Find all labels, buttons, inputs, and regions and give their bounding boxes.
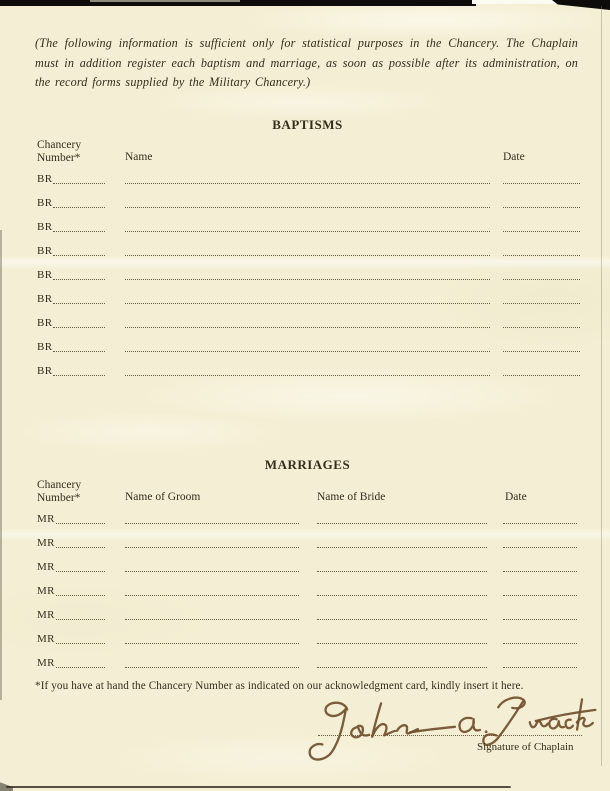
baptisms-col-name: Name [125, 151, 152, 164]
marriage-row-prefix: MR [37, 634, 55, 645]
chancery-number-blank-line [56, 667, 105, 668]
chancery-number-blank-line [53, 327, 105, 328]
marriages-col-chancery-number: Chancery Number* [37, 479, 81, 504]
chancery-number-blank-line [53, 303, 105, 304]
bride-name-blank-line [317, 619, 487, 620]
baptism-chancery-number-field: BR [37, 174, 105, 185]
chancery-number-blank-line [56, 643, 105, 644]
marriage-row-prefix: MR [37, 610, 55, 621]
bride-name-blank-line [317, 643, 487, 644]
baptism-chancery-number-field: BR [37, 318, 105, 329]
chancery-number-blank-line [56, 547, 105, 548]
baptism-date-blank-line [503, 327, 580, 328]
baptism-row-prefix: BR [37, 222, 52, 233]
scan-top-white-gap [472, 0, 556, 4]
groom-name-blank-line [125, 571, 299, 572]
chancery-number-blank-line [53, 207, 105, 208]
baptism-name-blank-line [125, 183, 490, 184]
marriage-row: MR [0, 551, 610, 575]
chancery-number-blank-line [53, 279, 105, 280]
baptism-chancery-number-field: BR [37, 342, 105, 353]
baptisms-title: BAPTISMS [35, 117, 580, 133]
marriage-row: MR [0, 503, 610, 527]
baptism-row: BR [0, 235, 610, 259]
marriage-date-blank-line [503, 571, 577, 572]
baptism-row: BR [0, 283, 610, 307]
baptisms-rows: BR BR BR BR [0, 163, 610, 379]
baptism-row: BR [0, 211, 610, 235]
chancery-number-blank-line [53, 231, 105, 232]
marriages-title: MARRIAGES [35, 457, 580, 473]
groom-name-blank-line [125, 667, 299, 668]
marriage-date-blank-line [503, 643, 577, 644]
marriage-row-prefix: MR [37, 562, 55, 573]
baptism-row: BR [0, 187, 610, 211]
baptism-date-blank-line [503, 351, 580, 352]
marriages-col-date: Date [505, 491, 527, 504]
marriage-row: MR [0, 599, 610, 623]
baptism-name-blank-line [125, 303, 490, 304]
bride-name-blank-line [317, 595, 487, 596]
marriage-chancery-number-field: MR [37, 586, 105, 597]
baptism-row-prefix: BR [37, 366, 52, 377]
baptisms-col-date: Date [503, 151, 525, 164]
marriage-date-blank-line [503, 667, 577, 668]
baptism-name-blank-line [125, 375, 490, 376]
marriage-date-blank-line [503, 595, 577, 596]
marriage-chancery-number-field: MR [37, 658, 105, 669]
marriage-row-prefix: MR [37, 586, 55, 597]
scanned-chaplain-record-form: (The following information is sufficient… [0, 0, 610, 791]
marriage-chancery-number-field: MR [37, 562, 105, 573]
marriage-chancery-number-field: MR [37, 634, 105, 645]
bride-name-blank-line [317, 547, 487, 548]
baptism-chancery-number-field: BR [37, 294, 105, 305]
baptism-date-blank-line [503, 375, 580, 376]
baptism-row: BR [0, 307, 610, 331]
baptism-row-prefix: BR [37, 198, 52, 209]
chancery-number-blank-line [56, 571, 105, 572]
intro-paragraph: (The following information is sufficient… [35, 34, 578, 93]
baptism-date-blank-line [503, 231, 580, 232]
marriage-date-blank-line [503, 547, 577, 548]
chancery-number-blank-line [56, 595, 105, 596]
marriage-date-blank-line [503, 523, 577, 524]
chancery-number-blank-line [53, 375, 105, 376]
marriage-row-prefix: MR [37, 514, 55, 525]
chancery-number-blank-line [53, 183, 105, 184]
baptism-name-blank-line [125, 351, 490, 352]
marriage-row: MR [0, 527, 610, 551]
marriage-chancery-number-field: MR [37, 610, 105, 621]
baptism-date-blank-line [503, 303, 580, 304]
baptism-row-prefix: BR [37, 294, 52, 305]
baptism-date-blank-line [503, 279, 580, 280]
marriages-rows: MR MR MR MR [0, 503, 610, 671]
baptism-chancery-number-field: BR [37, 198, 105, 209]
groom-name-blank-line [125, 595, 299, 596]
baptism-row: BR [0, 355, 610, 379]
baptism-name-blank-line [125, 279, 490, 280]
chancery-number-blank-line [53, 255, 105, 256]
baptism-date-blank-line [503, 183, 580, 184]
chancery-number-footnote: *If you have at hand the Chancery Number… [35, 680, 595, 692]
baptism-name-blank-line [125, 207, 490, 208]
baptism-name-blank-line [125, 327, 490, 328]
scan-top-grey-strip [90, 0, 240, 2]
baptism-date-blank-line [503, 207, 580, 208]
chancery-number-blank-line [56, 619, 105, 620]
groom-name-blank-line [125, 547, 299, 548]
groom-name-blank-line [125, 523, 299, 524]
chancery-number-blank-line [53, 351, 105, 352]
baptism-chancery-number-field: BR [37, 270, 105, 281]
baptism-row-prefix: BR [37, 270, 52, 281]
marriage-row: MR [0, 623, 610, 647]
groom-name-blank-line [125, 643, 299, 644]
marriage-date-blank-line [503, 619, 577, 620]
baptism-name-blank-line [125, 255, 490, 256]
baptism-date-blank-line [503, 255, 580, 256]
baptism-row-prefix: BR [37, 342, 52, 353]
baptism-row-prefix: BR [37, 246, 52, 257]
scan-bottom-line [6, 786, 511, 788]
signature-of-chaplain-label: Signature of Chaplain [477, 741, 574, 753]
baptism-row-prefix: BR [37, 174, 52, 185]
baptism-row: BR [0, 163, 610, 187]
baptisms-col-chancery-number: Chancery Number* [37, 139, 81, 164]
bride-name-blank-line [317, 571, 487, 572]
baptism-row: BR [0, 331, 610, 355]
marriage-chancery-number-field: MR [37, 538, 105, 549]
bride-name-blank-line [317, 667, 487, 668]
baptism-name-blank-line [125, 231, 490, 232]
marriages-col-bride: Name of Bride [317, 491, 385, 504]
marriage-row: MR [0, 575, 610, 599]
marriages-col-groom: Name of Groom [125, 491, 200, 504]
bride-name-blank-line [317, 523, 487, 524]
baptism-chancery-number-field: BR [37, 222, 105, 233]
baptism-row: BR [0, 259, 610, 283]
baptism-chancery-number-field: BR [37, 246, 105, 257]
marriage-row-prefix: MR [37, 538, 55, 549]
marriage-chancery-number-field: MR [37, 514, 105, 525]
marriage-row-prefix: MR [37, 658, 55, 669]
baptism-chancery-number-field: BR [37, 366, 105, 377]
chaplain-signature-handwriting [300, 692, 600, 766]
baptism-row-prefix: BR [37, 318, 52, 329]
groom-name-blank-line [125, 619, 299, 620]
chancery-number-blank-line [56, 523, 105, 524]
marriage-row: MR [0, 647, 610, 671]
